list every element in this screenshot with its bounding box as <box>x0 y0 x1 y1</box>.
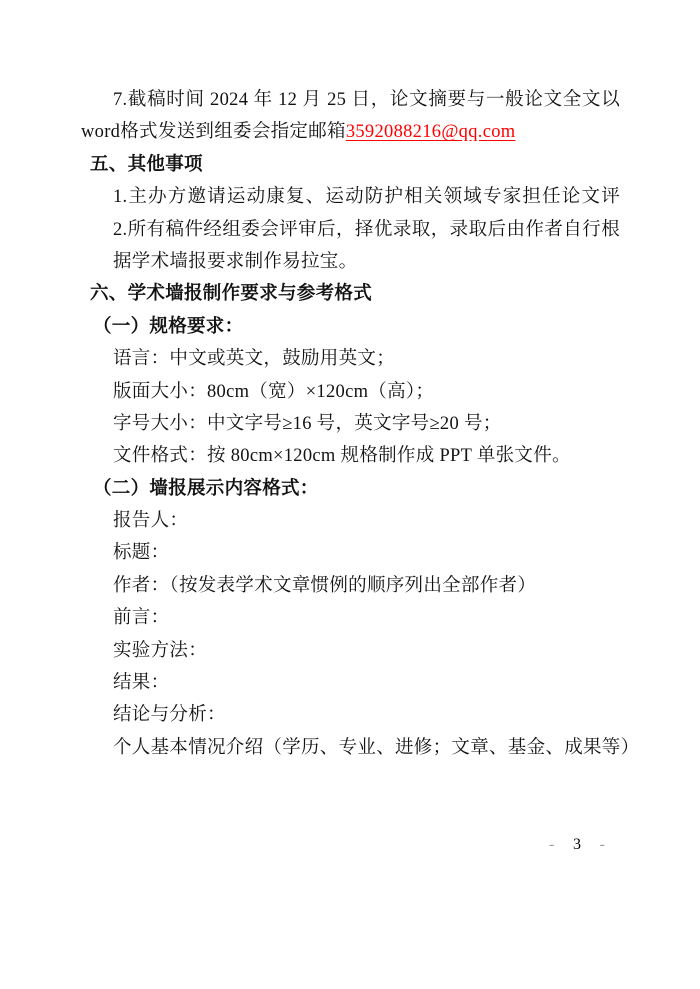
paragraph-deadline-line2-text: word格式发送到组委会指定邮箱 <box>81 122 346 142</box>
spec-line-fontsize: 字号大小：中文字号≥16 号，英文字号≥20 号； <box>81 408 620 440</box>
page-number-dash-left: - <box>549 834 554 856</box>
content-line-results: 结果： <box>81 667 620 699</box>
spec-line-language: 语言：中文或英文，鼓励用英文； <box>81 343 620 375</box>
content-line-title: 标题： <box>81 537 620 569</box>
section5-item2-line1: 2.所有稿件经组委会评审后，择优录取，录取后由作者自行根 <box>81 214 620 246</box>
section5-heading: 五、其他事项 <box>81 149 620 181</box>
page-number-dash-right: - <box>600 834 605 856</box>
section5-item1: 1.主办方邀请运动康复、运动防护相关领域专家担任论文评委。 <box>81 181 620 213</box>
content-line-authors: 作者：（按发表学术文章惯例的顺序列出全部作者） <box>81 570 620 602</box>
content-line-presenter: 报告人： <box>81 505 620 537</box>
page-number-value: 3 <box>573 834 581 856</box>
content-line-conclusion: 结论与分析： <box>81 699 620 731</box>
content-line-foreword: 前言： <box>81 602 620 634</box>
section6-sub2-heading: （二）墙报展示内容格式： <box>81 473 620 505</box>
section5-item2-line2: 据学术墙报要求制作易拉宝。 <box>81 246 620 278</box>
page-number: - 3 - <box>549 834 605 856</box>
spec-line-fileformat: 文件格式：按 80cm×120cm 规格制作成 PPT 单张文件。 <box>81 440 620 472</box>
content-line-bio: 个人基本情况介绍（学历、专业、进修；文章、基金、成果等） <box>81 732 620 764</box>
paragraph-deadline-line1: 7.截稿时间 2024 年 12 月 25 日，论文摘要与一般论文全文以 <box>81 84 620 116</box>
section6-heading: 六、学术墙报制作要求与参考格式 <box>81 278 620 310</box>
content-line-methods: 实验方法： <box>81 635 620 667</box>
section6-sub1-heading: （一）规格要求： <box>81 311 620 343</box>
paragraph-deadline-line2: word格式发送到组委会指定邮箱3592088216@qq.com <box>81 116 620 148</box>
email-link[interactable]: 3592088216@qq.com <box>346 122 516 142</box>
document-body: 7.截稿时间 2024 年 12 月 25 日，论文摘要与一般论文全文以 wor… <box>81 84 620 764</box>
document-page: 7.截稿时间 2024 年 12 月 25 日，论文摘要与一般论文全文以 wor… <box>0 0 700 989</box>
spec-line-size: 版面大小：80cm（宽）×120cm（高）； <box>81 376 620 408</box>
